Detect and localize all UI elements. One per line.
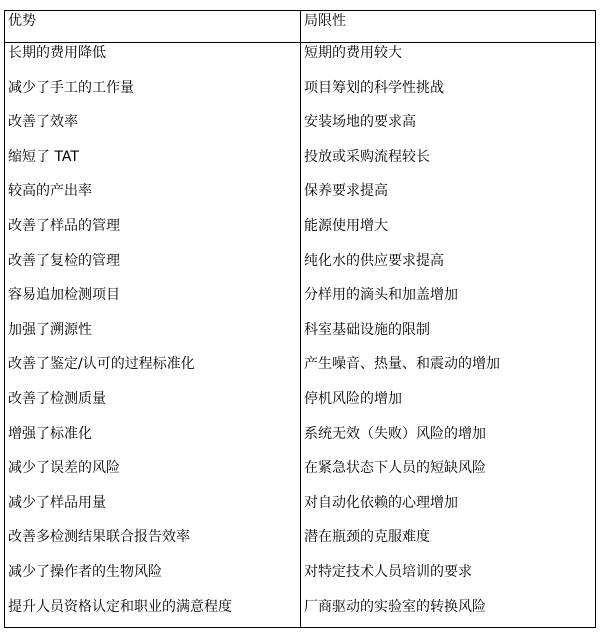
advantage-cell: 提升人员资格认定和职业的满意程度 (8, 598, 232, 616)
limitation-cell: 能源使用增大 (304, 217, 388, 235)
advantage-cell: 改善了样品的管理 (8, 217, 120, 235)
limitation-cell: 科室基础设施的限制 (304, 321, 430, 339)
table-row: 长期的费用降低 短期的费用较大 (5, 43, 595, 78)
header-advantages: 优势 (8, 12, 36, 30)
table-row: 改善了复检的管理 纯化水的供应要求提高 (5, 251, 595, 286)
advantage-cell: 改善了检测质量 (8, 390, 106, 408)
table-row: 减少了误差的风险 在紧急状态下人员的短缺风险 (5, 458, 595, 493)
advantage-cell: 缩短了 TAT (8, 148, 79, 166)
advantage-cell: 加强了溯源性 (8, 321, 92, 339)
table-row: 改善多检测结果联合报告效率 潜在瓶颈的克服难度 (5, 527, 595, 562)
advantage-cell: 减少了样品用量 (8, 494, 106, 512)
table-header-row: 优势 局限性 (5, 11, 595, 43)
table-row: 减少了手工的工作量 项目筹划的科学性挑战 (5, 78, 595, 113)
limitation-cell: 产生噪音、热量、和震动的增加 (304, 355, 500, 373)
advantage-cell: 增强了标准化 (8, 425, 92, 443)
table-row: 提升人员资格认定和职业的满意程度 厂商驱动的实验室的转换风险 (5, 597, 595, 632)
table-row: 加强了溯源性 科室基础设施的限制 (5, 320, 595, 355)
table-row: 减少了样品用量 对自动化依赖的心理增加 (5, 493, 595, 528)
limitation-cell: 对特定技术人员培训的要求 (304, 563, 472, 581)
table-row: 缩短了 TAT 投放或采购流程较长 (5, 147, 595, 182)
limitation-cell: 对自动化依赖的心理增加 (304, 494, 458, 512)
advantage-cell: 减少了手工的工作量 (8, 79, 134, 97)
advantage-cell: 长期的费用降低 (8, 44, 106, 62)
header-limitations: 局限性 (304, 12, 346, 30)
limitation-cell: 厂商驱动的实验室的转换风险 (304, 598, 486, 616)
table-row: 改善了鉴定/认可的过程标准化 产生噪音、热量、和震动的增加 (5, 354, 595, 389)
limitation-cell: 短期的费用较大 (304, 44, 402, 62)
limitation-cell: 分样用的滴头和加盖增加 (304, 286, 458, 304)
advantage-cell: 容易追加检测项目 (8, 286, 120, 304)
advantage-cell: 改善了鉴定/认可的过程标准化 (8, 355, 195, 373)
advantage-cell: 改善了效率 (8, 113, 78, 131)
limitation-cell: 项目筹划的科学性挑战 (304, 79, 444, 97)
limitation-cell: 在紧急状态下人员的短缺风险 (304, 459, 486, 477)
advantage-cell: 较高的产出率 (8, 182, 92, 200)
limitation-cell: 系统无效（失败）风险的增加 (304, 425, 486, 443)
advantage-cell: 改善多检测结果联合报告效率 (8, 528, 190, 546)
advantage-cell: 减少了操作者的生物风险 (8, 563, 162, 581)
table-row: 较高的产出率 保养要求提高 (5, 181, 595, 216)
limitation-cell: 安装场地的要求高 (304, 113, 416, 131)
table-row: 容易追加检测项目 分样用的滴头和加盖增加 (5, 285, 595, 320)
table-row: 改善了效率 安装场地的要求高 (5, 112, 595, 147)
advantage-cell: 减少了误差的风险 (8, 459, 120, 477)
table-row: 增强了标准化 系统无效（失败）风险的增加 (5, 424, 595, 459)
table-row: 减少了操作者的生物风险 对特定技术人员培训的要求 (5, 562, 595, 597)
limitation-cell: 保养要求提高 (304, 182, 388, 200)
advantage-cell: 改善了复检的管理 (8, 252, 120, 270)
advantages-limitations-table: 优势 局限性 长期的费用降低 短期的费用较大 减少了手工的工作量 项目筹划的科学… (4, 10, 596, 628)
table-body: 长期的费用降低 短期的费用较大 减少了手工的工作量 项目筹划的科学性挑战 改善了… (5, 43, 595, 631)
limitation-cell: 停机风险的增加 (304, 390, 402, 408)
limitation-cell: 投放或采购流程较长 (304, 148, 430, 166)
table-row: 改善了样品的管理 能源使用增大 (5, 216, 595, 251)
limitation-cell: 纯化水的供应要求提高 (304, 252, 444, 270)
table-row: 改善了检测质量 停机风险的增加 (5, 389, 595, 424)
limitation-cell: 潜在瓶颈的克服难度 (304, 528, 430, 546)
